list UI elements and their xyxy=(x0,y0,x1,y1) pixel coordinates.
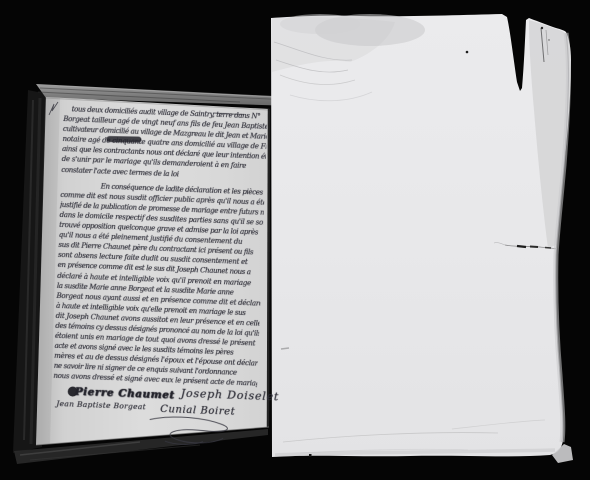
manuscript-text-block: tous deux domiciliés audit village de Sa… xyxy=(51,98,272,451)
signature-pierre-chaumet: Pierre Chaumet xyxy=(75,386,175,402)
flourish-stroke xyxy=(149,416,228,444)
ink-blot-crossed-word xyxy=(106,136,141,143)
signature-flourish xyxy=(143,413,254,447)
manuscript-paragraph-1: tous deux domiciliés audit village de Sa… xyxy=(61,104,268,182)
scan-canvas: tous deux domiciliés audit village de Sa… xyxy=(0,0,590,480)
blank-sheet xyxy=(271,14,571,457)
paper-speck xyxy=(281,348,289,349)
flap-speck xyxy=(541,27,543,29)
paper-speck xyxy=(309,454,312,457)
signature-jean-baptiste-borgeat: Jean Baptiste Borgeat xyxy=(56,399,146,411)
edge-crack-dark xyxy=(530,247,538,248)
paper-speck xyxy=(466,51,469,54)
signature-joseph-doiselet: Joseph Doiselet xyxy=(181,387,280,404)
edge-crack-dark xyxy=(545,248,551,249)
stain-smudge xyxy=(280,14,360,34)
manuscript-paragraph-2: En conséquence de ladite déclaration et … xyxy=(53,180,265,390)
edge-crack-dark xyxy=(517,246,526,247)
flap-speck xyxy=(548,39,549,40)
right-page xyxy=(271,14,573,463)
